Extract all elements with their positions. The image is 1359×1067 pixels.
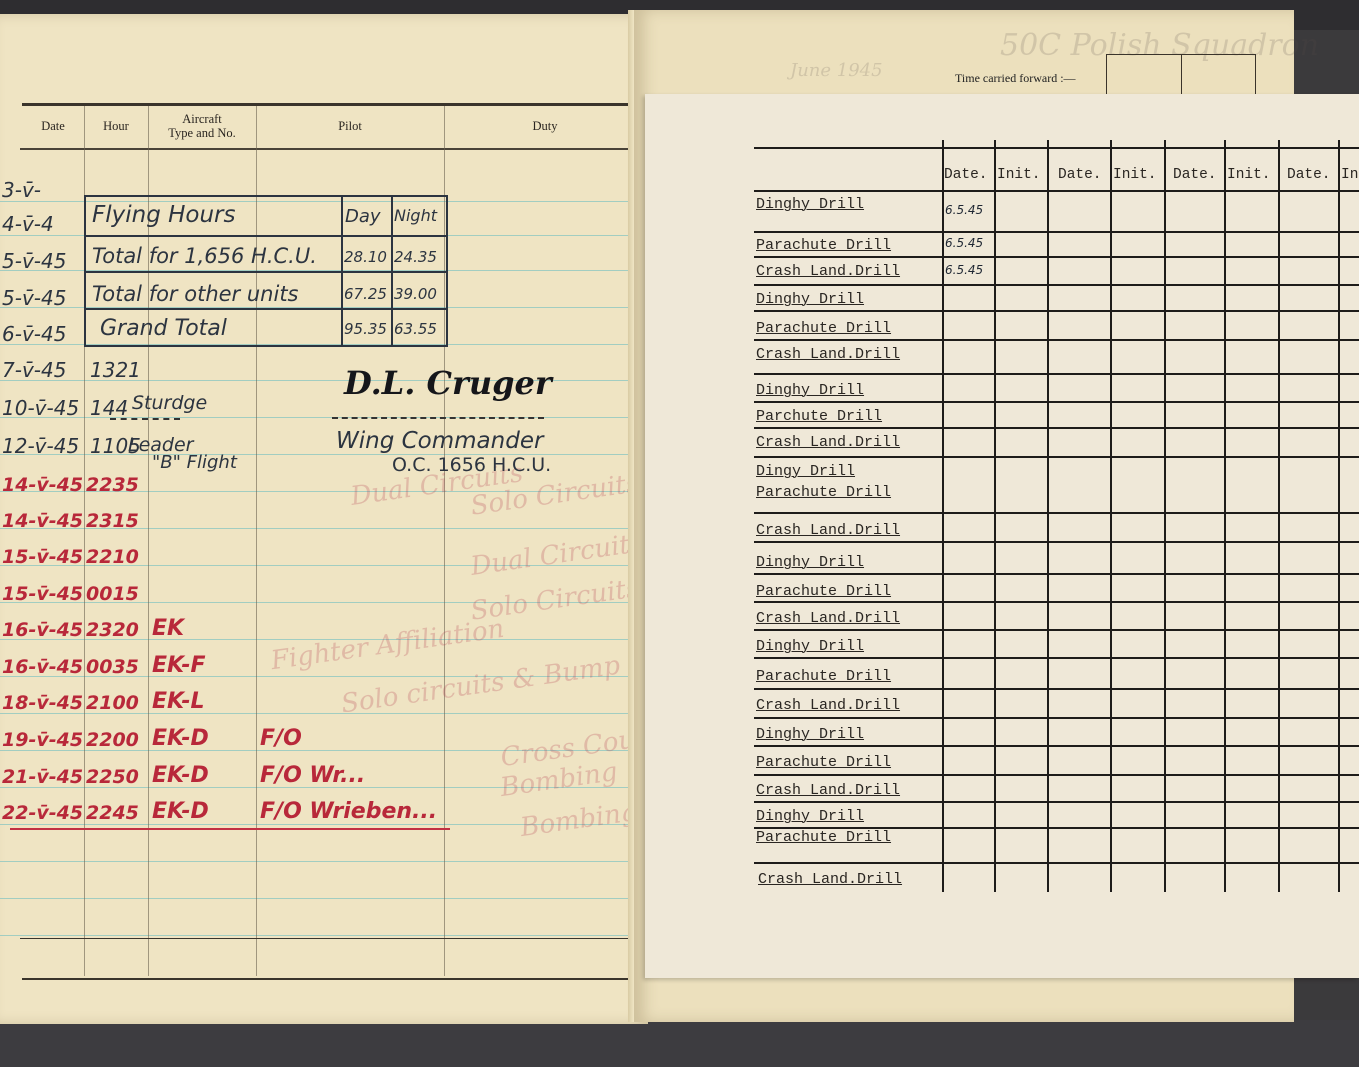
grid-column-rule bbox=[942, 140, 944, 892]
box-rule bbox=[391, 195, 393, 345]
drill-row-label: Dinghy Drill bbox=[756, 638, 864, 655]
drill-row-label: Dinghy Drill bbox=[756, 291, 864, 308]
drill-row-label: Parachute Drill bbox=[756, 484, 891, 501]
entry-date: 3-v̄- bbox=[2, 178, 41, 202]
grand-total-night: 63.55 bbox=[394, 320, 437, 338]
background-bottom bbox=[0, 1020, 1359, 1067]
entry-date: 7-v̄-45 bbox=[2, 358, 66, 382]
grid-rule bbox=[754, 231, 1359, 233]
box-rule bbox=[341, 195, 343, 345]
entry-hour: 0035 bbox=[86, 656, 139, 678]
drill-completed-date: 6.5.45 bbox=[945, 236, 983, 250]
entry-aircraft: EK-F bbox=[152, 653, 206, 678]
entry-aircraft: EK-L bbox=[152, 689, 205, 714]
entry-hour: 2235 bbox=[86, 474, 139, 496]
column-header-pilot: Pilot bbox=[260, 119, 440, 133]
entry-date: 10-v̄-45 bbox=[2, 396, 79, 420]
entry-date: 4-v̄-4 bbox=[2, 212, 54, 236]
grid-header-init: Init. bbox=[997, 167, 1041, 183]
grid-rule bbox=[754, 339, 1359, 341]
entry-hour: 2100 bbox=[86, 692, 139, 714]
grid-rule bbox=[754, 774, 1359, 776]
flight-leader-flight: "B" Flight bbox=[152, 452, 237, 473]
entry-date: 16-v̄-45 bbox=[2, 619, 83, 641]
drill-row-label: Dinghy Drill bbox=[756, 726, 864, 743]
entry-date: 15-v̄-45 bbox=[2, 583, 83, 605]
drill-row-label: Crash Land.Drill bbox=[756, 434, 900, 451]
entry-aircraft: EK-D bbox=[152, 726, 209, 751]
day-label: Day bbox=[345, 206, 381, 227]
entry-hour: 1321 bbox=[90, 358, 141, 382]
column-header-aircraft: Aircraft Type and No. bbox=[150, 112, 254, 140]
column-header-duty: Duty bbox=[450, 119, 640, 133]
entry-aircraft: EK bbox=[152, 616, 184, 641]
entry-hour: 2320 bbox=[86, 619, 139, 641]
entry-date: 14-v̄-45 bbox=[2, 510, 83, 532]
grid-header-date: Date. bbox=[944, 167, 988, 183]
drill-row-label: Parachute Drill bbox=[756, 754, 891, 771]
entry-date: 5-v̄-45 bbox=[2, 249, 66, 273]
grid-rule bbox=[754, 310, 1359, 312]
signature-line bbox=[332, 417, 544, 419]
grand-total-label: Grand Total bbox=[100, 316, 227, 341]
night-label: Night bbox=[394, 206, 437, 225]
column-header-date: Date bbox=[28, 119, 78, 133]
total-other-night: 39.00 bbox=[394, 285, 437, 303]
entry-hour: 2315 bbox=[86, 510, 139, 532]
entry-aircraft: EK-D bbox=[152, 763, 209, 788]
entry-hour: 144 bbox=[90, 396, 128, 420]
entry-date: 18-v̄-45 bbox=[2, 692, 83, 714]
entry-date: 12-v̄-45 bbox=[2, 434, 79, 458]
ruled-line bbox=[0, 935, 646, 936]
total-hcu-day: 28.10 bbox=[344, 248, 387, 266]
grid-rule bbox=[754, 745, 1359, 747]
grid-rule bbox=[754, 401, 1359, 403]
red-entries-underline bbox=[10, 828, 450, 830]
grid-header-date: Date. bbox=[1058, 167, 1102, 183]
total-hcu-night: 24.35 bbox=[394, 248, 437, 266]
drill-row-label: Crash Land.Drill bbox=[756, 782, 900, 799]
drill-record-sheet bbox=[645, 94, 1359, 978]
drill-row-label: Parachute Drill bbox=[756, 320, 891, 337]
grid-header-date: Date. bbox=[1173, 167, 1217, 183]
entry-hour: 2210 bbox=[86, 546, 139, 568]
grid-rule bbox=[754, 688, 1359, 690]
drill-row-label: Parachute Drill bbox=[756, 829, 891, 846]
entry-date: 21-v̄-45 bbox=[2, 766, 83, 788]
grid-rule bbox=[754, 862, 1359, 864]
drill-row-label: Crash Land.Drill bbox=[756, 610, 900, 627]
grid-column-rule bbox=[1164, 140, 1166, 892]
grid-column-rule bbox=[1047, 140, 1049, 892]
drill-row-label: Crash Land.Drill bbox=[756, 697, 900, 714]
grid-rule bbox=[754, 456, 1359, 458]
drill-row-label: Dingy Drill bbox=[756, 463, 855, 480]
grand-total-day: 95.35 bbox=[344, 320, 387, 338]
grid-header-date: Date. bbox=[1287, 167, 1331, 183]
drill-row-label: Parachute Drill bbox=[756, 668, 891, 685]
column-header-aircraft-line1: Aircraft bbox=[150, 112, 254, 126]
flight-leader-signature: Sturdge bbox=[132, 392, 207, 414]
drill-row-label: Dinghy Drill bbox=[756, 196, 864, 213]
table-header-rule bbox=[20, 148, 645, 150]
footer-rule bbox=[22, 978, 642, 980]
flying-hours-title: Flying Hours bbox=[92, 202, 236, 228]
table-top-rule bbox=[22, 103, 642, 106]
total-other-day: 67.25 bbox=[344, 285, 387, 303]
entry-date: 6-v̄-45 bbox=[2, 322, 66, 346]
commander-signature: D.L. Cruger bbox=[344, 364, 552, 402]
grid-rule bbox=[754, 427, 1359, 429]
drill-completed-date: 6.5.45 bbox=[945, 203, 983, 217]
grid-column-rule bbox=[1110, 140, 1112, 892]
grid-column-rule bbox=[1338, 140, 1340, 892]
grid-rule bbox=[754, 601, 1359, 603]
grid-rule bbox=[754, 256, 1359, 258]
grid-column-rule bbox=[994, 140, 996, 892]
drill-row-label: Crash Land.Drill bbox=[758, 871, 902, 888]
ruled-line bbox=[0, 861, 646, 862]
grid-rule bbox=[754, 573, 1359, 575]
commander-title: Wing Commander bbox=[336, 428, 543, 454]
grid-rule bbox=[754, 717, 1359, 719]
entry-hour: 2200 bbox=[86, 729, 139, 751]
drill-row-label: Crash Land.Drill bbox=[756, 346, 900, 363]
entry-hour: 2245 bbox=[86, 802, 139, 824]
grid-column-rule bbox=[1224, 140, 1226, 892]
footer-rule bbox=[20, 938, 645, 939]
grid-rule bbox=[754, 373, 1359, 375]
total-hcu-label: Total for 1,656 H.C.U. bbox=[92, 244, 317, 268]
time-carried-forward-label: Time carried forward :— bbox=[955, 71, 1076, 86]
grid-rule bbox=[754, 284, 1359, 286]
grid-rule bbox=[754, 190, 1359, 192]
grid-rule bbox=[754, 147, 1359, 149]
drill-row-label: Parachute Drill bbox=[756, 237, 891, 254]
entry-date: 16-v̄-45 bbox=[2, 656, 83, 678]
grid-column-rule bbox=[1278, 140, 1280, 892]
entry-date: 5-v̄-45 bbox=[2, 286, 66, 310]
drill-row-label: Dinghy Drill bbox=[756, 382, 864, 399]
grid-rule bbox=[754, 657, 1359, 659]
drill-completed-date: 6.5.45 bbox=[945, 263, 983, 277]
drill-row-label: Dinghy Drill bbox=[756, 554, 864, 571]
grid-rule bbox=[754, 801, 1359, 803]
grid-rule bbox=[754, 541, 1359, 543]
signature-line bbox=[110, 418, 180, 420]
total-other-label: Total for other units bbox=[92, 282, 299, 306]
grid-rule bbox=[754, 512, 1359, 514]
entry-date: 19-v̄-45 bbox=[2, 729, 83, 751]
entry-aircraft: EK-D bbox=[152, 799, 209, 824]
column-header-hour: Hour bbox=[88, 119, 144, 133]
drill-row-label: Crash Land.Drill bbox=[756, 263, 900, 280]
grid-rule bbox=[754, 629, 1359, 631]
commander-unit: O.C. 1656 H.C.U. bbox=[392, 454, 551, 476]
grid-header-init: Init. bbox=[1113, 167, 1157, 183]
ruled-line bbox=[0, 898, 646, 899]
column-header-aircraft-line2: Type and No. bbox=[150, 126, 254, 140]
entry-pilot: F/O Wr... bbox=[260, 763, 365, 788]
entry-date: 15-v̄-45 bbox=[2, 546, 83, 568]
entry-pilot: F/O Wrieben... bbox=[260, 799, 437, 824]
entry-hour: 0015 bbox=[86, 583, 139, 605]
drill-row-label: Parchute Drill bbox=[756, 408, 882, 425]
drill-row-label: Parachute Drill bbox=[756, 583, 891, 600]
entry-date: 22-v̄-45 bbox=[2, 802, 83, 824]
entry-hour: 2250 bbox=[86, 766, 139, 788]
faint-subheading: June 1945 bbox=[790, 60, 883, 81]
entry-pilot: F/O bbox=[260, 726, 302, 751]
drill-row-label: Crash Land.Drill bbox=[756, 522, 900, 539]
grid-header-init: In bbox=[1341, 167, 1358, 183]
entry-date: 14-v̄-45 bbox=[2, 474, 83, 496]
grid-header-init: Init. bbox=[1227, 167, 1271, 183]
drill-row-label: Dinghy Drill bbox=[756, 808, 864, 825]
